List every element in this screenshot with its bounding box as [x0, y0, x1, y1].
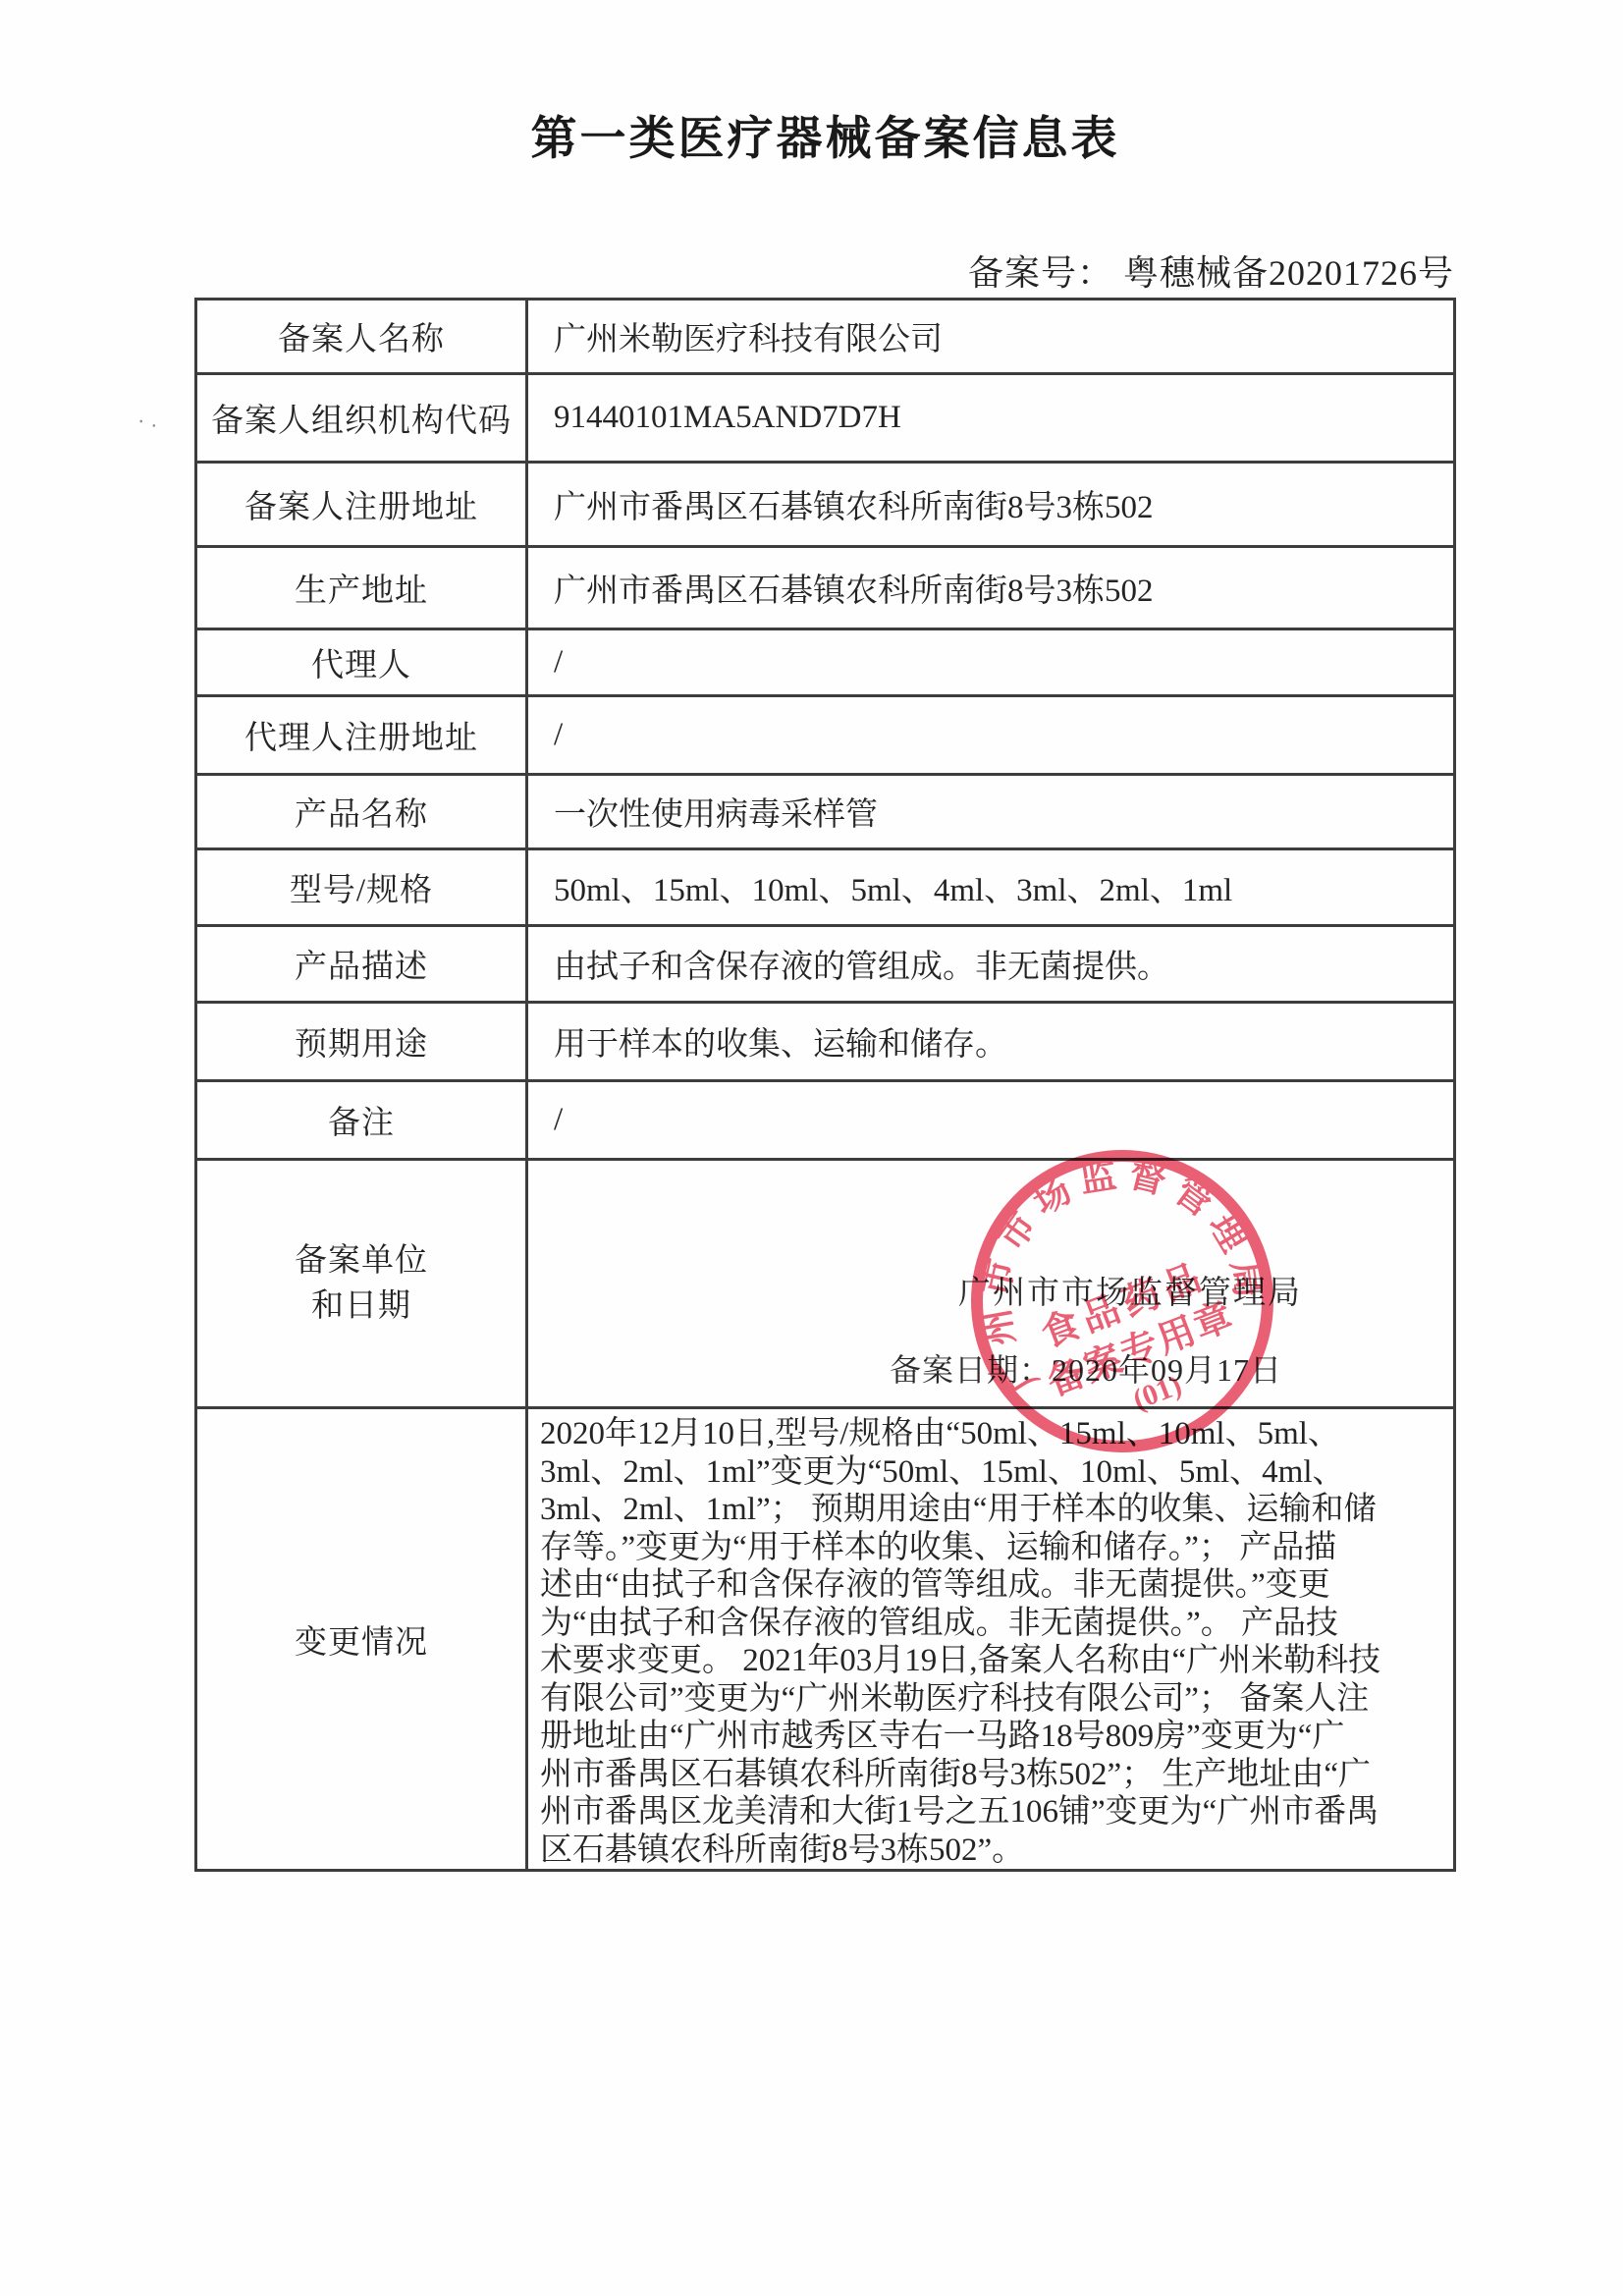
row-agent: 代理人 / — [196, 629, 1455, 696]
production-address-label: 生产地址 — [196, 547, 527, 629]
registered-address-value: 广州市番禺区石碁镇农科所南街8号3栋502 — [527, 463, 1455, 547]
row-product-name: 产品名称 一次性使用病毒采样管 — [196, 775, 1455, 849]
production-address-value: 广州市番禺区石碁镇农科所南街8号3栋502 — [527, 547, 1455, 629]
row-model-spec: 型号/规格 50ml、15ml、10ml、5ml、4ml、3ml、2ml、1ml — [196, 849, 1455, 926]
agent-address-label: 代理人注册地址 — [196, 696, 527, 775]
filing-number: 备案号： 粤穗械备20201726号 — [968, 246, 1454, 296]
row-agent-address: 代理人注册地址 / — [196, 696, 1455, 775]
filer-name-value: 广州米勒医疗科技有限公司 — [527, 300, 1455, 374]
filing-authority-cell: 广州市市场监督管理局 备案日期：2020年09月17日 — [527, 1160, 1455, 1408]
row-registered-address: 备案人注册地址 广州市番禺区石碁镇农科所南街8号3栋502 — [196, 463, 1455, 547]
row-filing-authority: 备案单位 和日期 广州市市场监督管理局 备案日期：2020年09月17日 — [196, 1160, 1455, 1408]
filer-name-label: 备案人名称 — [196, 300, 527, 374]
row-remarks: 备注 / — [196, 1081, 1455, 1160]
filing-authority-label-line1: 备案单位 — [198, 1238, 524, 1284]
page-title: 第一类医疗器械备案信息表 — [194, 102, 1456, 168]
row-filer-name: 备案人名称 广州米勒医疗科技有限公司 — [196, 300, 1455, 374]
intended-use-label: 预期用途 — [196, 1003, 527, 1081]
row-change-record: 变更情况 2020年12月10日,型号/规格由“50ml、15ml、10ml、5… — [196, 1408, 1455, 1871]
filing-info-table: 备案人名称 广州米勒医疗科技有限公司 备案人组织机构代码 91440101MA5… — [194, 298, 1456, 1872]
registered-address-label: 备案人注册地址 — [196, 463, 527, 547]
product-name-label: 产品名称 — [196, 775, 527, 849]
agent-address-value: / — [527, 696, 1455, 775]
model-spec-label: 型号/规格 — [196, 849, 527, 926]
model-spec-value: 50ml、15ml、10ml、5ml、4ml、3ml、2ml、1ml — [527, 849, 1455, 926]
filing-authority-name: 广州市市场监督管理局 — [958, 1267, 1302, 1313]
product-name-value: 一次性使用病毒采样管 — [527, 775, 1455, 849]
product-description-label: 产品描述 — [196, 926, 527, 1003]
row-product-description: 产品描述 由拭子和含保存液的管组成。非无菌提供。 — [196, 926, 1455, 1003]
agent-value: / — [527, 629, 1455, 696]
row-org-code: 备案人组织机构代码 91440101MA5AND7D7H — [196, 374, 1455, 463]
filing-authority-label: 备案单位 和日期 — [196, 1160, 527, 1408]
row-intended-use: 预期用途 用于样本的收集、运输和储存。 — [196, 1003, 1455, 1081]
org-code-label: 备案人组织机构代码 — [196, 374, 527, 463]
org-code-value: 91440101MA5AND7D7H — [527, 374, 1455, 463]
product-description-value: 由拭子和含保存液的管组成。非无菌提供。 — [527, 926, 1455, 1003]
agent-label: 代理人 — [196, 629, 527, 696]
remarks-value: / — [527, 1081, 1455, 1160]
filing-date: 备案日期：2020年09月17日 — [890, 1345, 1282, 1391]
intended-use-value: 用于样本的收集、运输和储存。 — [527, 1003, 1455, 1081]
change-record-value: 2020年12月10日,型号/规格由“50ml、15ml、10ml、5ml、 3… — [527, 1408, 1455, 1871]
filing-authority-label-line2: 和日期 — [198, 1284, 524, 1329]
scan-artifact: ·. — [135, 406, 163, 434]
remarks-label: 备注 — [196, 1081, 527, 1160]
document-page: 第一类医疗器械备案信息表 备案号： 粤穗械备20201726号 ·. 备案人名称… — [0, 0, 1623, 2296]
change-record-label: 变更情况 — [196, 1408, 527, 1871]
row-production-address: 生产地址 广州市番禺区石碁镇农科所南街8号3栋502 — [196, 547, 1455, 629]
